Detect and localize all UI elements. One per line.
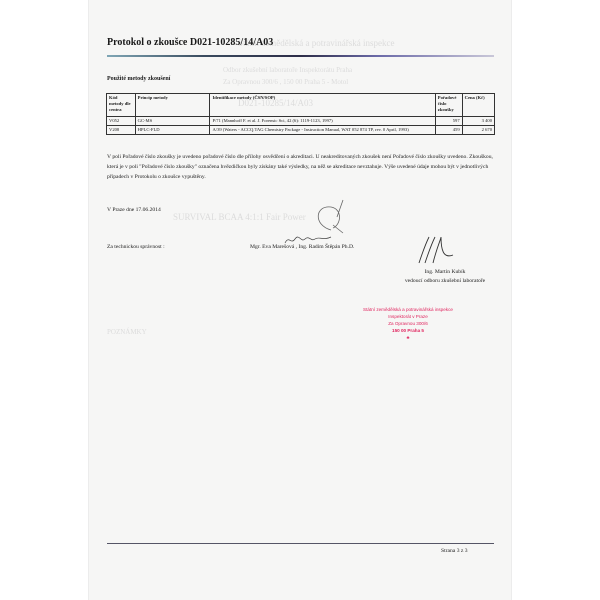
bleed-through-product: SURVIVAL BCAA 4:1:1 Fair Power (173, 212, 306, 222)
head-role: vedoucí odboru zkušební laboratoře (390, 277, 500, 286)
cell-method-code: V208 (107, 126, 136, 135)
bleed-through-line: Odbor zkušební laboratoře Inspektorátu P… (223, 66, 352, 74)
page-title: Protokol o zkoušce D021-10285/14/A03 (107, 37, 273, 48)
table-row: V208 HPLC-FLD A/39 (Waters - ACCQ.TAG Ch… (107, 126, 495, 135)
head-name: Ing. Martin Kubík (390, 268, 500, 277)
bleed-through-remarks: POZNÁMKY (107, 328, 147, 336)
cell-price: 2 670 (462, 126, 494, 135)
table-row: V052 GC-MS P/71 (Mannhoff F. et al. J. F… (107, 117, 495, 126)
place-date: V Praze dne 17.06.2014 (107, 207, 161, 213)
cell-price: 3 400 (462, 117, 494, 126)
signature-icon (415, 233, 455, 267)
column-header: Pořadové číslo zkoušky (435, 94, 462, 117)
cell-test-number: 597 (435, 117, 462, 126)
official-stamp: Státní zemědělská a potravinářská inspek… (348, 306, 468, 341)
cell-principle: HPLC-FLD (135, 126, 210, 135)
cell-test-number: 459 (435, 126, 462, 135)
stamp-line: Za Opravnou 300/6 (348, 320, 468, 327)
stamp-line: Státní zemědělská a potravinářská inspek… (348, 306, 468, 313)
header-rule (107, 55, 494, 57)
page-number: Strana 3 z 3 (441, 548, 468, 554)
cell-identification: P/71 (Mannhoff F. et al. J. Forensic Sci… (210, 117, 435, 126)
head-of-laboratory: Ing. Martin Kubík vedoucí odboru zkušebn… (390, 268, 500, 286)
signature-mark-icon (303, 195, 363, 235)
document-page: Státní zemědělská a potravinářská inspek… (88, 0, 512, 600)
technical-correctness-names: Mgr. Eva Marešová , Ing. Radim Štěpán Ph… (250, 244, 354, 250)
stamp-line: 150 00 Praha 5 (348, 327, 468, 334)
technical-correctness-label: Za technickou správnost : (107, 244, 165, 250)
footer-rule (107, 543, 494, 544)
column-header: Identifikace metody (ČSN/SOP) (210, 94, 435, 117)
column-header: Kód metody dle centra (107, 94, 136, 117)
cell-principle: GC-MS (135, 117, 210, 126)
column-header: Cena (Kč) (462, 94, 494, 117)
bleed-through-line: Za Opravnou 300/6 , 150 00 Praha 5 - Mot… (223, 78, 348, 86)
table-header-row: Kód metody dle centra Princip metody Ide… (107, 94, 495, 117)
cell-method-code: V052 (107, 117, 136, 126)
stamp-line: Inspektorát v Praze (348, 313, 468, 320)
accreditation-note: V poli Pořadové číslo zkoušky je uvedeno… (107, 152, 499, 182)
methods-table: Kód metody dle centra Princip metody Ide… (106, 93, 495, 135)
section-heading: Použité metody zkoušení (107, 76, 170, 82)
cell-identification: A/39 (Waters - ACCQ.TAG Chemistry Packag… (210, 126, 435, 135)
column-header: Princip metody (135, 94, 210, 117)
stamp-emblem-icon: ♣ (348, 334, 468, 341)
